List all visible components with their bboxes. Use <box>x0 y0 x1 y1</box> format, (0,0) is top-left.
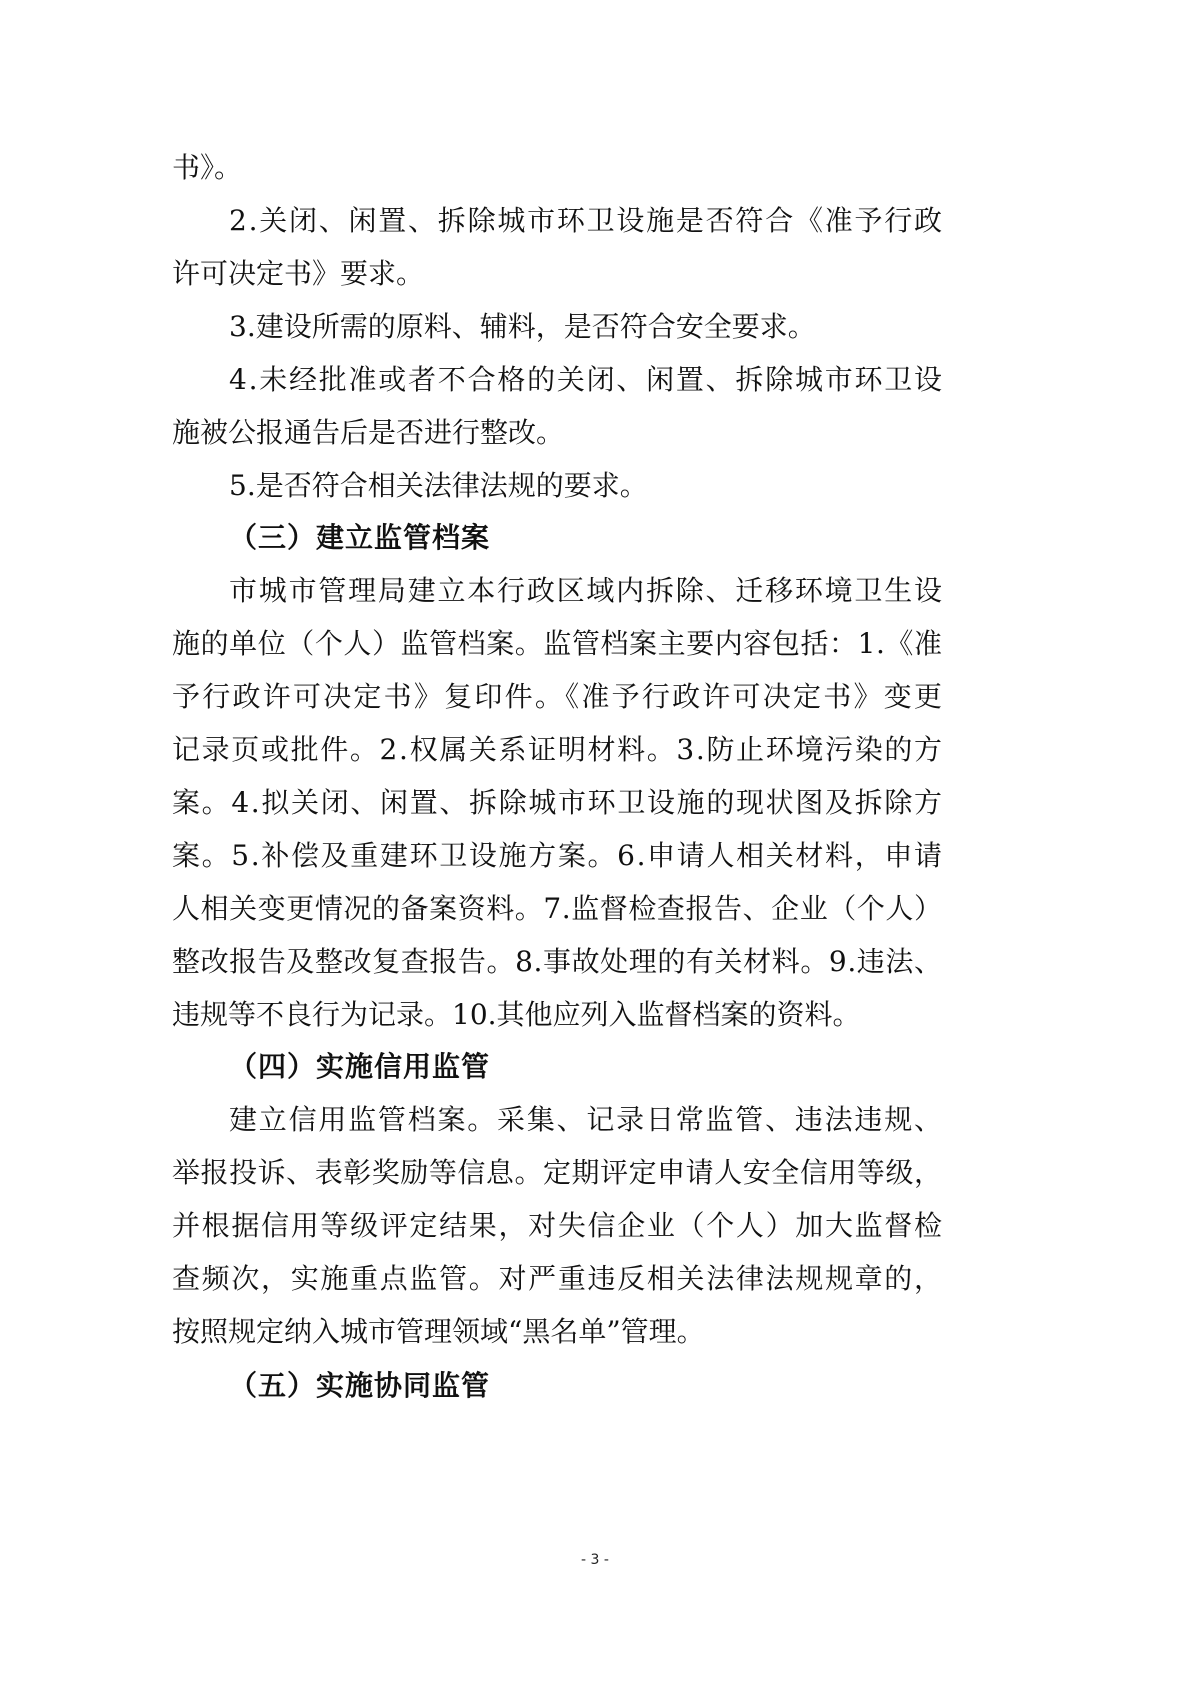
document-page: 书》。 2.关闭、闲置、拆除城市环卫设施是否符合《准予行政 许可决定书》要求。 … <box>0 0 1190 1683</box>
paragraph-line: 并根据信用等级评定结果，对失信企业（个人）加大监督检 <box>172 1206 942 1246</box>
paragraph-line: 市城市管理局建立本行政区域内拆除、迁移环境卫生设 <box>229 571 942 611</box>
paragraph-line: 2.关闭、闲置、拆除城市环卫设施是否符合《准予行政 <box>229 201 942 241</box>
paragraph-line: 3.建设所需的原料、辅料，是否符合安全要求。 <box>229 307 942 347</box>
paragraph-line: 建立信用监管档案。采集、记录日常监管、违法违规、 <box>229 1100 942 1140</box>
paragraph-line: 4.未经批准或者不合格的关闭、闲置、拆除城市环卫设 <box>229 360 942 400</box>
paragraph-line: 违规等不良行为记录。10.其他应列入监督档案的资料。 <box>172 995 942 1035</box>
paragraph-line: 5.是否符合相关法律法规的要求。 <box>229 466 942 506</box>
paragraph-line: 书》。 <box>172 148 942 188</box>
paragraph-line: 人相关变更情况的备案资料。7.监督检查报告、企业（个人） <box>172 889 942 929</box>
paragraph-line: 整改报告及整改复查报告。8.事故处理的有关材料。9.违法、 <box>172 942 942 982</box>
paragraph-line: 予行政许可决定书》复印件。《准予行政许可决定书》变更 <box>172 677 942 717</box>
paragraph-line: 许可决定书》要求。 <box>172 254 942 294</box>
paragraph-line: 施被公报通告后是否进行整改。 <box>172 413 942 453</box>
paragraph-line: 记录页或批件。2.权属关系证明材料。3.防止环境污染的方 <box>172 730 942 770</box>
paragraph-line: 案。5.补偿及重建环卫设施方案。6.申请人相关材料，申请 <box>172 836 942 876</box>
section-heading: （三）建立监管档案 <box>229 518 942 558</box>
paragraph-line: 举报投诉、表彰奖励等信息。定期评定申请人安全信用等级， <box>172 1153 942 1193</box>
paragraph-line: 查频次，实施重点监管。对严重违反相关法律法规规章的， <box>172 1259 942 1299</box>
page-number: - 3 - <box>0 1552 1190 1568</box>
paragraph-line: 按照规定纳入城市管理领域“黑名单”管理。 <box>172 1312 942 1352</box>
section-heading: （四）实施信用监管 <box>229 1047 942 1087</box>
paragraph-line: 案。4.拟关闭、闲置、拆除城市环卫设施的现状图及拆除方 <box>172 783 942 823</box>
section-heading: （五）实施协同监管 <box>229 1366 942 1406</box>
paragraph-line: 施的单位（个人）监管档案。监管档案主要内容包括：1.《准 <box>172 624 942 664</box>
